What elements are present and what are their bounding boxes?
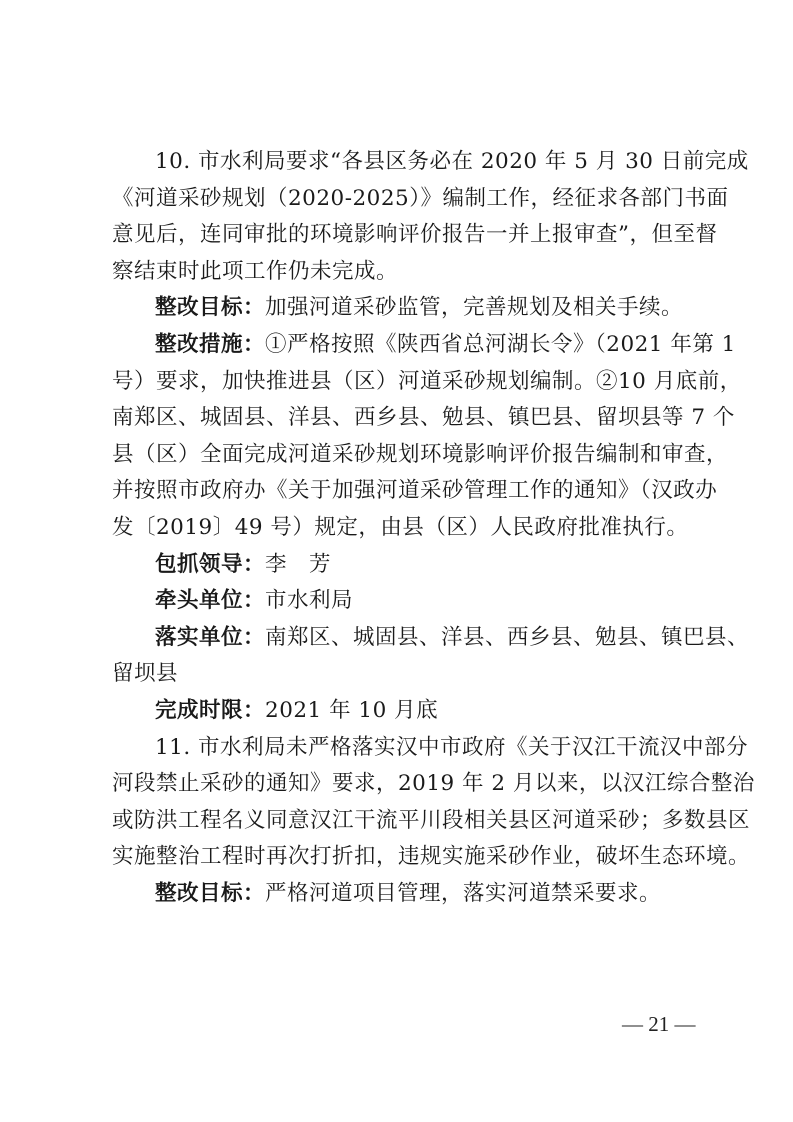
field-label: 落实单位： xyxy=(155,625,265,650)
paragraph-line: 意见后，连同审批的环境影响评价报告一并上报审查”，但至督 xyxy=(112,217,696,254)
paragraph-line: 实施整治工程时再次打折扣，违规实施采砂作业，破坏生态环境。 xyxy=(112,839,696,876)
line-text: 李 芳 xyxy=(265,552,331,577)
line-text: 留坝县 xyxy=(112,661,178,686)
paragraph-line: 《河道采砂规划（2020-2025）》编制工作，经征求各部门书面 xyxy=(112,181,696,218)
labeled-paragraph-line: 牵头单位：市水利局 xyxy=(112,583,696,620)
paragraph-line: 南郑区、城固县、洋县、西乡县、勉县、镇巴县、留坝县等 7 个 xyxy=(112,400,696,437)
field-label: 牵头单位： xyxy=(155,588,265,613)
paragraph-line: 并按照市政府办《关于加强河道采砂管理工作的通知》（汉政办 xyxy=(112,473,696,510)
line-text: 10. 市水利局要求“各县区务必在 2020 年 5 月 30 日前完成 xyxy=(155,149,749,174)
line-text: 察结束时此项工作仍未完成。 xyxy=(112,259,398,284)
line-text: 号）要求，加快推进县（区）河道采砂规划编制。②10 月底前， xyxy=(112,369,742,394)
field-label: 整改措施： xyxy=(155,332,265,357)
line-text: 或防洪工程名义同意汉江干流平川段相关县区河道采砂；多数县区 xyxy=(112,808,750,833)
paragraph-line: 河段禁止采砂的通知》要求，2019 年 2 月以来，以汉江综合整治 xyxy=(112,766,696,803)
line-text: 市水利局 xyxy=(265,588,353,613)
paragraph-line: 留坝县 xyxy=(112,656,696,693)
line-text: 严格河道项目管理，落实河道禁采要求。 xyxy=(265,881,661,906)
line-text: ①严格按照《陕西省总河湖长令》（2021 年第 1 xyxy=(265,332,736,357)
labeled-paragraph-line: 整改目标：严格河道项目管理，落实河道禁采要求。 xyxy=(112,876,696,913)
paragraph-line: 察结束时此项工作仍未完成。 xyxy=(112,254,696,291)
line-text: 意见后，连同审批的环境影响评价报告一并上报审查”，但至督 xyxy=(112,222,718,247)
paragraph-line: 10. 市水利局要求“各县区务必在 2020 年 5 月 30 日前完成 xyxy=(112,144,696,181)
field-label: 包抓领导： xyxy=(155,552,265,577)
paragraph-line: 11. 市水利局未严格落实汉中市政府《关于汉江干流汉中部分 xyxy=(112,730,696,767)
line-text: 南郑区、城固县、洋县、西乡县、勉县、镇巴县、 xyxy=(265,625,749,650)
labeled-paragraph-line: 完成时限：2021 年 10 月底 xyxy=(112,693,696,730)
paragraph-line: 或防洪工程名义同意汉江干流平川段相关县区河道采砂；多数县区 xyxy=(112,803,696,840)
line-text: 河段禁止采砂的通知》要求，2019 年 2 月以来，以汉江综合整治 xyxy=(112,771,755,796)
line-text: 南郑区、城固县、洋县、西乡县、勉县、镇巴县、留坝县等 7 个 xyxy=(112,405,735,430)
labeled-paragraph-line: 落实单位：南郑区、城固县、洋县、西乡县、勉县、镇巴县、 xyxy=(112,620,696,657)
field-label: 整改目标： xyxy=(155,881,265,906)
field-label: 整改目标： xyxy=(155,295,265,320)
line-text: 11. 市水利局未严格落实汉中市政府《关于汉江干流汉中部分 xyxy=(155,735,748,760)
line-text: 并按照市政府办《关于加强河道采砂管理工作的通知》（汉政办 xyxy=(112,478,717,503)
labeled-paragraph-line: 包抓领导：李 芳 xyxy=(112,547,696,584)
document-body: 10. 市水利局要求“各县区务必在 2020 年 5 月 30 日前完成《河道采… xyxy=(112,144,696,912)
line-text: 县（区）全面完成河道采砂规划环境影响评价报告编制和审查， xyxy=(112,442,728,467)
field-label: 完成时限： xyxy=(155,698,265,723)
paragraph-line: 县（区）全面完成河道采砂规划环境影响评价报告编制和审查， xyxy=(112,437,696,474)
labeled-paragraph-line: 整改目标：加强河道采砂监管，完善规划及相关手续。 xyxy=(112,290,696,327)
line-text: 实施整治工程时再次打折扣，违规实施采砂作业，破坏生态环境。 xyxy=(112,844,750,869)
line-text: 《河道采砂规划（2020-2025）》编制工作，经征求各部门书面 xyxy=(112,186,728,211)
paragraph-line: 发〔2019〕49 号）规定，由县（区）人民政府批准执行。 xyxy=(112,510,696,547)
line-text: 加强河道采砂监管，完善规划及相关手续。 xyxy=(265,295,683,320)
page-number: — 21 — xyxy=(622,1012,696,1037)
labeled-paragraph-line: 整改措施：①严格按照《陕西省总河湖长令》（2021 年第 1 xyxy=(112,327,696,364)
line-text: 2021 年 10 月底 xyxy=(265,698,438,723)
line-text: 发〔2019〕49 号）规定，由县（区）人民政府批准执行。 xyxy=(112,515,688,540)
paragraph-line: 号）要求，加快推进县（区）河道采砂规划编制。②10 月底前， xyxy=(112,364,696,401)
